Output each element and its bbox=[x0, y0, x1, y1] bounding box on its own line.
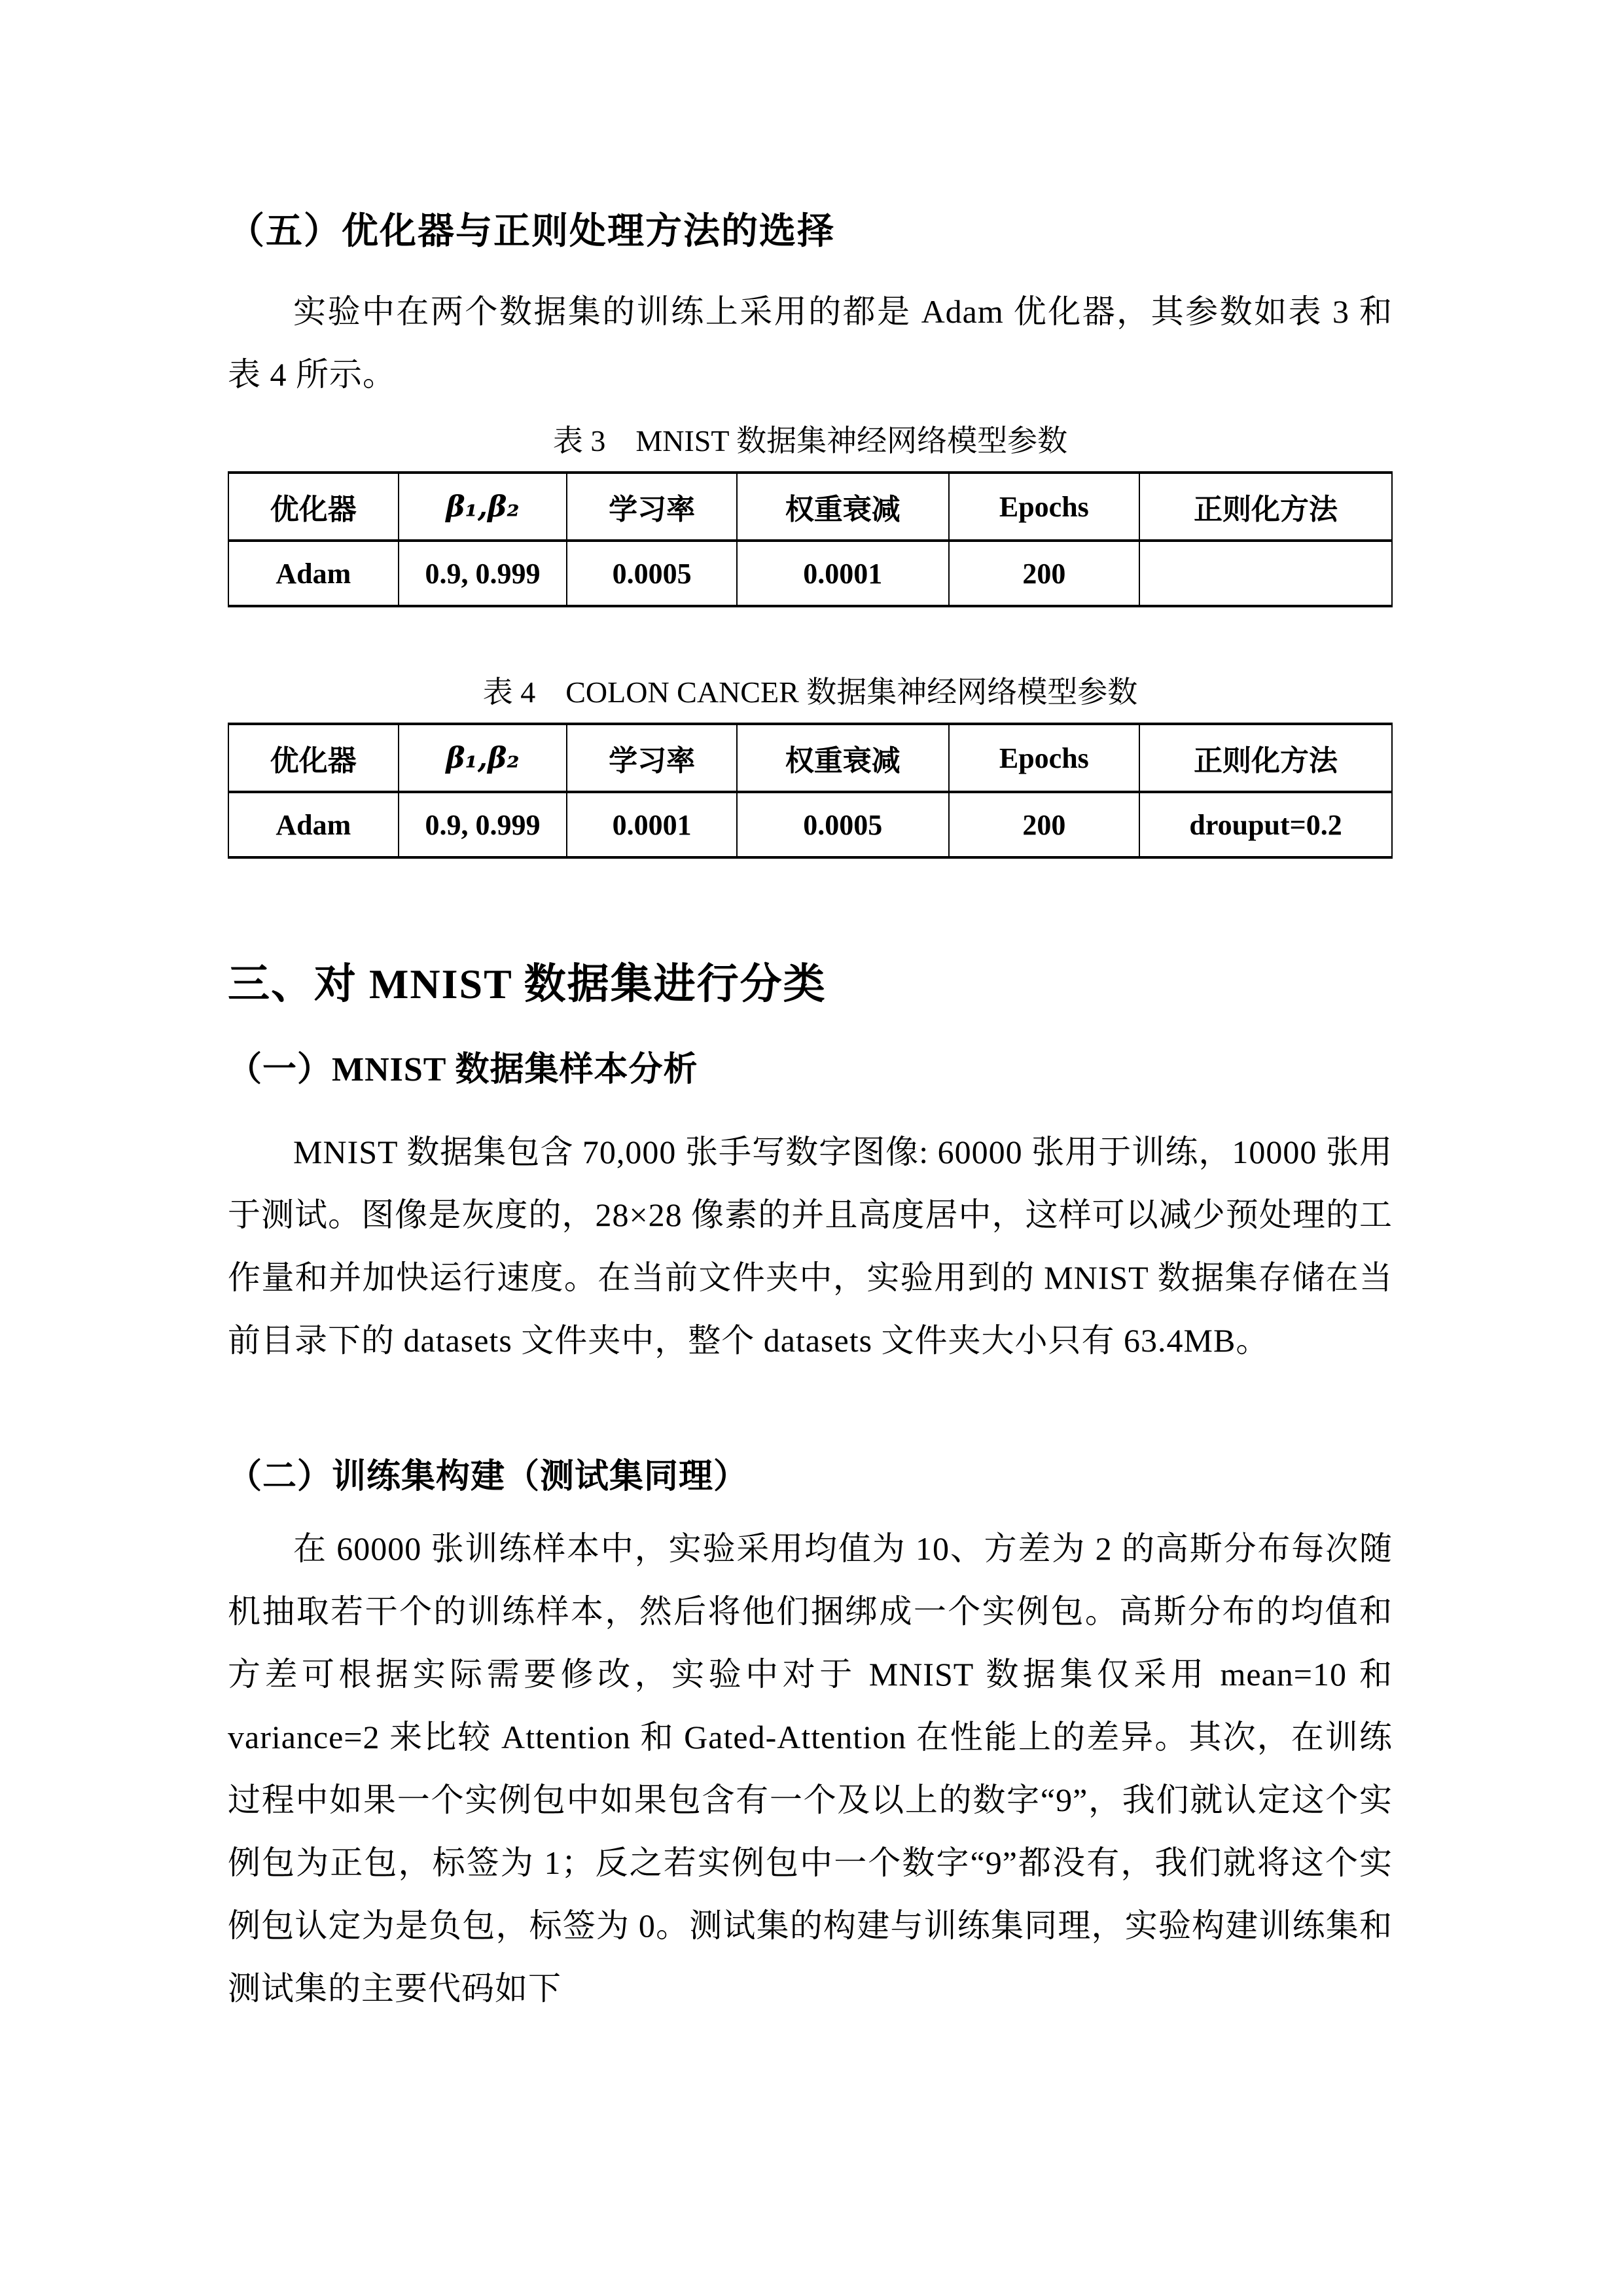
table3-header-row: 优化器 β₁,β₂ 学习率 权重衰减 Epochs 正则化方法 bbox=[228, 473, 1392, 541]
intro-paragraph: 实验中在两个数据集的训练上采用的都是 Adam 优化器，其参数如表 3 和表 4… bbox=[228, 280, 1393, 406]
table3-header-optimizer: 优化器 bbox=[228, 473, 399, 541]
table4-body: Adam 0.9, 0.999 0.0001 0.0005 200 droupu… bbox=[228, 792, 1392, 857]
table3-header-beta: β₁,β₂ bbox=[399, 473, 567, 541]
table4-header-row: 优化器 β₁,β₂ 学习率 权重衰减 Epochs 正则化方法 bbox=[228, 724, 1392, 792]
table4-header-weight-decay: 权重衰减 bbox=[737, 724, 949, 792]
table3-cell-learning-rate: 0.0005 bbox=[567, 541, 737, 606]
table4-header-regularization: 正则化方法 bbox=[1139, 724, 1392, 792]
mnist-sample-paragraph: MNIST 数据集包含 70,000 张手写数字图像: 60000 张用于训练，… bbox=[228, 1121, 1393, 1372]
table3-cell-optimizer: Adam bbox=[228, 541, 399, 606]
table3-body: Adam 0.9, 0.999 0.0005 0.0001 200 bbox=[228, 541, 1392, 606]
table3-header-weight-decay: 权重衰减 bbox=[737, 473, 949, 541]
table4-header-optimizer: 优化器 bbox=[228, 724, 399, 792]
table4-header-learning-rate: 学习率 bbox=[567, 724, 737, 792]
table4-params: 优化器 β₁,β₂ 学习率 权重衰减 Epochs 正则化方法 Adam 0.9… bbox=[228, 723, 1393, 859]
section3-1-heading: （一）MNIST 数据集样本分析 bbox=[228, 1049, 1393, 1092]
table3-cell-regularization bbox=[1139, 541, 1392, 606]
table4-header: 优化器 β₁,β₂ 学习率 权重衰减 Epochs 正则化方法 bbox=[228, 724, 1392, 792]
document-page: （五）优化器与正则处理方法的选择 实验中在两个数据集的训练上采用的都是 Adam… bbox=[0, 0, 1623, 2296]
table4-data-row: Adam 0.9, 0.999 0.0001 0.0005 200 droupu… bbox=[228, 792, 1392, 857]
trainset-build-paragraph: 在 60000 张训练样本中，实验采用均值为 10、方差为 2 的高斯分布每次随… bbox=[228, 1517, 1393, 2020]
table3-cell-weight-decay: 0.0001 bbox=[737, 541, 949, 606]
table4-cell-epochs: 200 bbox=[949, 792, 1140, 857]
table3-cell-beta: 0.9, 0.999 bbox=[399, 541, 567, 606]
table4-cell-optimizer: Adam bbox=[228, 792, 399, 857]
table3-params: 优化器 β₁,β₂ 学习率 权重衰减 Epochs 正则化方法 Adam 0.9… bbox=[228, 471, 1393, 607]
table3-header-regularization: 正则化方法 bbox=[1139, 473, 1392, 541]
section5-heading: （五）优化器与正则处理方法的选择 bbox=[228, 209, 1393, 254]
section3-2-heading: （二）训练集构建（测试集同理） bbox=[228, 1456, 1393, 1499]
table3-header-learning-rate: 学习率 bbox=[567, 473, 737, 541]
table3-cell-epochs: 200 bbox=[949, 541, 1140, 606]
table4-header-beta: β₁,β₂ bbox=[399, 724, 567, 792]
table3-header: 优化器 β₁,β₂ 学习率 权重衰减 Epochs 正则化方法 bbox=[228, 473, 1392, 541]
table3-header-epochs: Epochs bbox=[949, 473, 1140, 541]
table3-caption: 表 3 MNIST 数据集神经网络模型参数 bbox=[228, 422, 1393, 461]
section3-heading: 三、对 MNIST 数据集进行分类 bbox=[228, 958, 1393, 1011]
table4-cell-learning-rate: 0.0001 bbox=[567, 792, 737, 857]
table3-data-row: Adam 0.9, 0.999 0.0005 0.0001 200 bbox=[228, 541, 1392, 606]
table4-cell-beta: 0.9, 0.999 bbox=[399, 792, 567, 857]
table4-cell-regularization: drouput=0.2 bbox=[1139, 792, 1392, 857]
table4-caption: 表 4 COLON CANCER 数据集神经网络模型参数 bbox=[228, 673, 1393, 712]
table4-header-epochs: Epochs bbox=[949, 724, 1140, 792]
table4-cell-weight-decay: 0.0005 bbox=[737, 792, 949, 857]
